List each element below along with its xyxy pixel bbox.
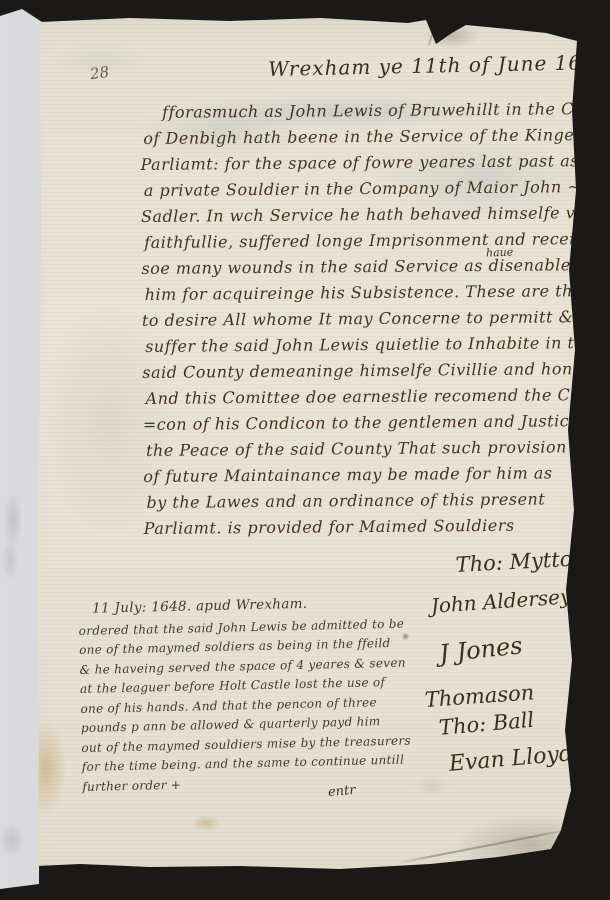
folio-number: 28 [89,63,110,83]
manuscript-line: of future Maintainance may be made for h… [143,460,583,490]
signature-j-jones: J Jones [438,631,524,668]
manuscript-line: Sadler. In wch Service he hath behaved h… [141,200,581,230]
manuscript-line: him for acquireinge his Subsistence. The… [145,278,582,308]
manuscript-line: the Peace of the said County That such p… [146,434,583,464]
certificate-body: fforasmuch as John Lewis of Bruwehillt i… [140,96,584,542]
signature-thomason: Thomason [424,680,535,712]
manuscript-page: 28 Wrexham ye 11th of June 1647 fforasmu… [0,0,610,900]
signature-tho-mytton: Tho: Mytton [455,546,586,577]
manuscript-line: of Denbigh hath beene in the Service of … [143,122,580,152]
signature-evan-lloyd: Evan Lloyd [448,741,574,777]
manuscript-line: by the Lawes and an ordinance of this pr… [146,486,583,516]
entered-mark: entr [327,783,356,800]
manuscript-line: =con of his Condicon to the gentlemen an… [143,408,583,438]
manuscript-line: fforasmuch as John Lewis of Bruwehillt i… [140,96,580,126]
ink-blot [401,633,410,640]
crease-line [396,828,573,864]
manuscript-line: Parliamt. is provided for Maimed Souldie… [144,512,584,542]
manuscript-line: faithfullie, suffered longe Imprisonment… [144,226,581,256]
dateline-heading: Wrexham ye 11th of June 1647 [268,50,610,81]
manuscript-line: suffer the said John Lewis quietlie to I… [145,330,582,360]
manuscript-line: And this Comittee doe earnestlie recomen… [145,382,582,412]
interlinear-insertion: haue [486,246,514,260]
signature-john-aldersey: John Aldersey [430,584,572,618]
signature-tho-ball: Tho: Ball [438,708,535,740]
manuscript-line: a private Souldier in the Company of Mai… [144,174,581,204]
manuscript-line: said County demeaninge himselfe Civillie… [142,356,582,386]
crease-line [428,20,439,45]
manuscript-line: Parliamt: for the space of fowre yeares … [140,148,580,178]
manuscript-scan: 28 Wrexham ye 11th of June 1647 fforasmu… [0,0,610,900]
manuscript-line: to desire All whome It may Concerne to p… [142,304,582,334]
order-memorandum: 11 July: 1648. apud Wrexham. ordered tha… [78,593,402,797]
manuscript-line: soe many wounds in the said Service as d… [141,252,581,282]
